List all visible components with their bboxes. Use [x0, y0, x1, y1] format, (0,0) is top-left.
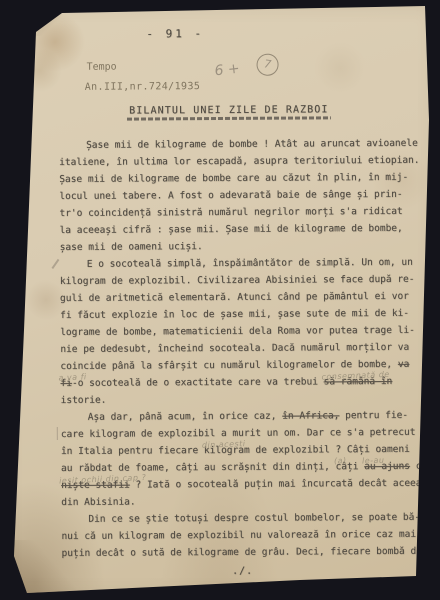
pencil-annotation: din acești — [202, 435, 246, 454]
typed-line: fia va fi-o socoteală de o exactitate ca… — [60, 373, 422, 392]
typed-text: Așa dar, până acum, în orice caz, — [88, 411, 283, 423]
typed-text: kilogramdin acești — [204, 445, 250, 456]
typed-text: șase mii de oameni uciși. — [60, 241, 203, 253]
typed-text: tr'o coincidență sinistră numărul negril… — [59, 206, 402, 219]
typed-line: Din ce se știe totuși despre costul bomb… — [61, 509, 423, 528]
pencil-annotation: (a) — [333, 452, 346, 470]
typed-text: -o socoteală de o exactitate care va tre… — [72, 376, 324, 389]
struck-text: fia va fi — [60, 378, 72, 389]
document-page: - 91 - Tempo An.III,nr.724/1935 6 + 7 BI… — [0, 0, 440, 600]
struck-text: în Africa, — [282, 410, 339, 421]
pencil-annotation: le-au — [362, 452, 385, 470]
typed-text: lograme de bombe, matematicienii dela Ro… — [60, 325, 415, 338]
typed-text: Din ce se știe totuși despre costul bomb… — [88, 512, 420, 525]
typed-text: locul unei tabere. A fost o adevarată ba… — [59, 189, 402, 202]
typed-text: din Abisinia. — [61, 497, 135, 508]
article-title-block: BILANTUL UNEI ZILE DE RAZBOI — [127, 104, 331, 120]
pencil-mark-slash — [51, 259, 59, 269]
typed-text: nui că un kilogram de explozibil nu valo… — [61, 529, 416, 542]
typed-line: niște stafiiieșit ochii din cap ? ? Iată… — [61, 475, 423, 494]
typed-text: nie pe dedesubt, încheind socoteala. Dac… — [60, 342, 409, 355]
typed-text: kilogram de explozibil. Civilizarea Abis… — [60, 274, 415, 287]
typed-line: istorie. — [61, 390, 423, 409]
typed-line: italiene, în ultima lor escapadă, asupra… — [59, 152, 421, 171]
typed-line: Șase mii de kilograme de bombe care au c… — [59, 169, 421, 188]
article-body: Șase mii de kilograme de bombe ! Atât au… — [59, 135, 424, 578]
title-underline — [127, 116, 331, 120]
typed-text: la aceeași cifră : șase mii. Șase mii de… — [60, 223, 403, 236]
pencil-circled-number: 7 — [255, 52, 280, 77]
typed-text: câți(a) — [336, 461, 359, 472]
typed-text: pentru fie- — [339, 410, 408, 421]
typed-text: italiene, în ultima lor escapadă, asupra… — [59, 155, 419, 168]
page-content: - 91 - Tempo An.III,nr.724/1935 6 + 7 BI… — [0, 0, 440, 600]
pencil-mark-bar — [57, 427, 58, 440]
paragraph-block: Șase mii de kilograme de bombe ! Atât au… — [59, 135, 424, 562]
typed-text: fi făcut explozie în loc de șase mii, șa… — [60, 308, 409, 321]
article-title: BILANTUL UNEI ZILE DE RAZBOI — [127, 104, 331, 116]
typed-text: în Italia pentru fiecare — [61, 445, 204, 457]
paragraph: E o socoteală simplă, înspăimântător de … — [60, 254, 423, 409]
pencil-annotation: consemnată de — [321, 366, 390, 386]
paragraph: Șase mii de kilograme de bombe ! Atât au… — [59, 135, 422, 256]
paragraph: Așa dar, până acum, în orice caz, în Afr… — [61, 407, 424, 511]
typed-line: nui că un kilogram de explozibil nu valo… — [61, 526, 423, 545]
typed-text: puțin decât o sută de kilograme de grâu.… — [62, 546, 422, 559]
continuation-mark: ./. — [62, 565, 424, 578]
struck-text: să rămână înconsemnată de — [324, 376, 393, 387]
pencil-annotation: ieșit ochii din cap ? — [59, 469, 147, 490]
typed-text: guli de aritmetică elementară. Atunci câ… — [60, 291, 409, 304]
struck-text: au ajunsle-au — [364, 461, 410, 472]
typed-line: la aceeași cifră : șase mii. Șase mii de… — [60, 220, 422, 239]
typed-line: puțin decât o sută de kilograme de grâu.… — [61, 543, 423, 562]
typed-text: istorie. — [61, 395, 107, 406]
typed-line: din Abisinia. — [61, 492, 423, 511]
typed-text: de explozibil ? Câți oameni — [250, 444, 410, 456]
bottom-left-crease — [6, 540, 76, 596]
typed-line: Așa dar, până acum, în orice caz, în Afr… — [61, 407, 423, 426]
struck-text: va — [398, 359, 410, 370]
pencil-annotation: a va fi — [58, 368, 87, 386]
struck-text: niște stafiiieșit ochii din cap ? — [61, 480, 130, 491]
typed-text: Șase mii de kilograme de bombe ! Atât au… — [86, 138, 418, 151]
typed-text: Șase mii de kilograme de bombe care au c… — [59, 172, 408, 185]
typed-text: ca — [410, 461, 427, 472]
typed-line: Șase mii de kilograme de bombe ! Atât au… — [59, 135, 421, 154]
publication-name: Tempo — [87, 62, 117, 73]
issue-reference: An.III,nr.724/1935 — [85, 81, 201, 93]
pencil-annotation-top: 6 + — [214, 61, 241, 80]
typed-text: E o socoteală simplă, înspăimântător de … — [87, 257, 413, 270]
paragraph: Din ce se știe totuși despre costul bomb… — [61, 509, 423, 562]
typed-text: ? Iată o socoteală puțin mai încurcată d… — [130, 478, 422, 491]
page-number: - 91 - — [146, 27, 204, 40]
